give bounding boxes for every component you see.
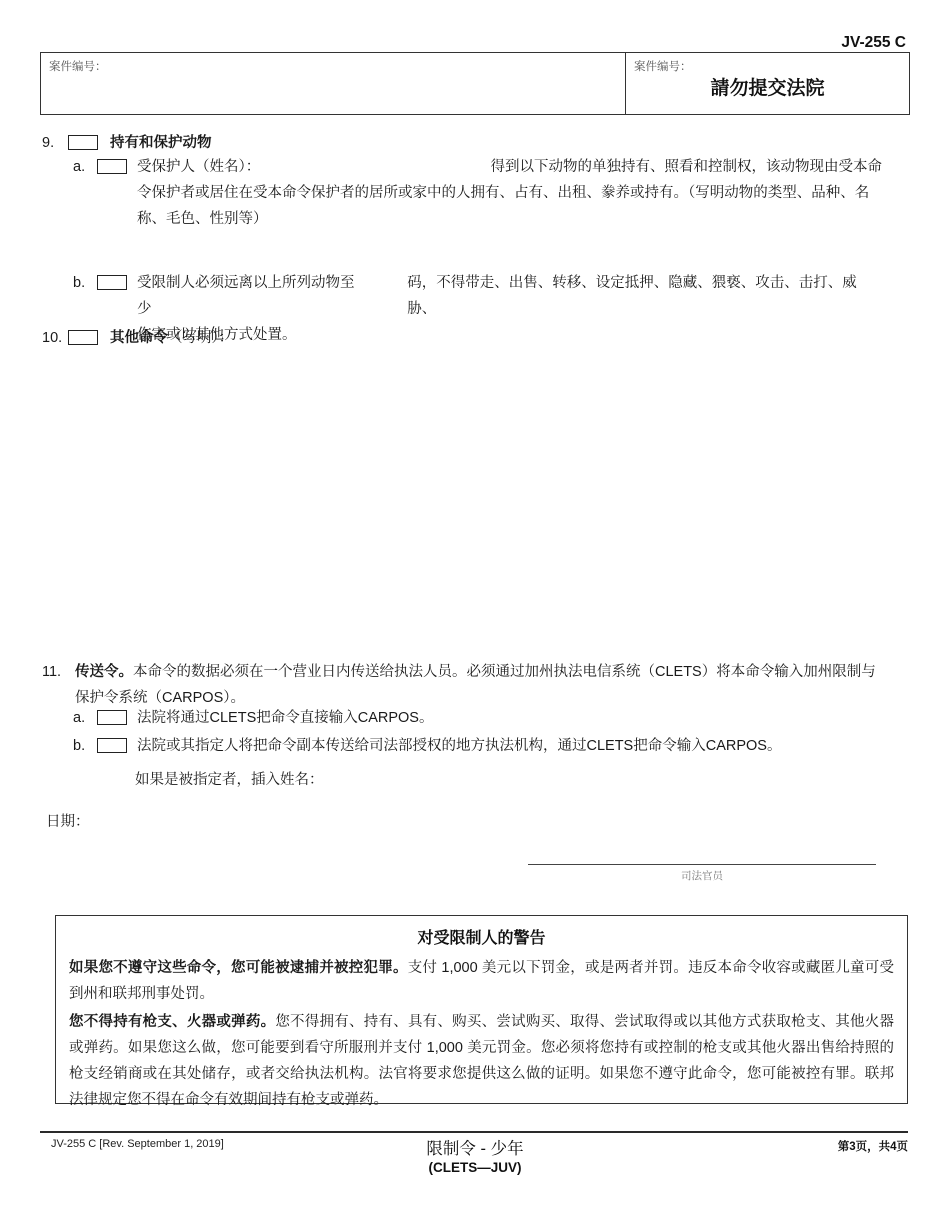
section-11-body: 传送令。本命令的数据必须在一个营业日内传送给执法人员。必须通过加州执法电信系统（… bbox=[75, 659, 882, 711]
footer-title: 限制令 - 少年 bbox=[0, 1135, 950, 1159]
footer-subtitle: (CLETS—JUV) bbox=[0, 1160, 950, 1175]
section9b-checkbox[interactable] bbox=[97, 275, 127, 290]
form-code: JV-255 C bbox=[841, 34, 906, 52]
section-9a: a. 受保护人（姓名）： 得到以下动物的单独持有、照看和控制权，该动物现由受本命… bbox=[73, 154, 882, 232]
footer-form-title: 限制令 - 少年 (CLETS—JUV) bbox=[0, 1135, 950, 1175]
section-11: 11. 传送令。本命令的数据必须在一个营业日内传送给执法人员。必须通过加州执法电… bbox=[42, 659, 882, 711]
section-9b-text-after: 码，不得带走、出售、转移、设定抵押、隐藏、猥亵、攻击、击打、威胁、 bbox=[407, 270, 882, 322]
section11a-checkbox[interactable] bbox=[97, 710, 127, 725]
signature-block: 司法官员 bbox=[528, 864, 876, 883]
warning-title: 对受限制人的警告 bbox=[69, 925, 894, 948]
section-11a: a. 法院将通过CLETS把命令直接输入CARPOS。 bbox=[73, 705, 882, 731]
other-orders-write-in-area[interactable] bbox=[60, 358, 908, 650]
date-label: 日期： bbox=[46, 809, 90, 835]
case-number-label: 案件编号： bbox=[49, 58, 107, 74]
section11b-checkbox[interactable] bbox=[97, 738, 127, 753]
date-row: 日期： bbox=[46, 809, 270, 835]
section-10-title: 其他命令 bbox=[110, 330, 168, 346]
section-9a-letter: a. bbox=[73, 154, 97, 232]
section9-checkbox[interactable] bbox=[68, 135, 98, 150]
form-page: JV-255 C 案件编号： 案件编号： 請勿提交法院 9. 持有和保护动物 a… bbox=[0, 0, 950, 1230]
section-11b-letter: b. bbox=[73, 733, 97, 759]
section-11-title: 传送令。 bbox=[75, 664, 133, 680]
section-9-title: 持有和保护动物 bbox=[110, 130, 212, 156]
section-9-heading: 9. 持有和保护动物 bbox=[42, 130, 910, 156]
section9a-checkbox[interactable] bbox=[97, 159, 127, 174]
judicial-officer-label: 司法官员 bbox=[528, 868, 876, 883]
case-number-label-right: 案件编号： bbox=[634, 58, 692, 74]
designee-note: 如果是被指定者，插入姓名： bbox=[135, 767, 324, 793]
warning-box: 对受限制人的警告 如果您不遵守这些命令，您可能被逮捕并被控犯罪。支付 1,000… bbox=[55, 915, 908, 1104]
section-10-heading: 10. 其他命令（写明）： bbox=[42, 325, 910, 351]
section-11a-text: 法院将通过CLETS把命令直接输入CARPOS。 bbox=[137, 705, 882, 731]
warning-p1-bold: 如果您不遵守这些命令，您可能被逮捕并被控犯罪。 bbox=[69, 960, 408, 976]
warning-paragraph-2: 您不得持有枪支、火器或弹药。您不得拥有、持有、具有、购买、尝试购买、取得、尝试取… bbox=[69, 1009, 894, 1113]
designee-name-field[interactable] bbox=[324, 767, 584, 793]
protected-person-name-field[interactable] bbox=[260, 154, 490, 180]
section-11a-letter: a. bbox=[73, 705, 97, 731]
section-9a-content: 受保护人（姓名）： 得到以下动物的单独持有、照看和控制权，该动物现由受本命 令保… bbox=[137, 154, 882, 232]
case-header-box: 案件编号： 案件编号： 請勿提交法院 bbox=[40, 52, 910, 115]
section-9b-text-before: 受限制人必须远离以上所列动物至少 bbox=[137, 270, 367, 322]
section-11-text: 本命令的数据必须在一个营业日内传送给执法人员。必须通过加州执法电信系统（CLET… bbox=[75, 664, 876, 706]
section10-checkbox[interactable] bbox=[68, 330, 98, 345]
section-10-number: 10. bbox=[42, 325, 68, 351]
case-number-field[interactable]: 案件编号： bbox=[41, 53, 626, 114]
do-not-file-cell: 案件编号： 請勿提交法院 bbox=[626, 53, 909, 114]
section-11b-text: 法院或其指定人将把命令副本传送给司法部授权的地方执法机构，通过CLETS把命令输… bbox=[137, 733, 882, 759]
section-10-title-line: 其他命令（写明）： bbox=[110, 325, 233, 351]
footer-page-number: 第3页，共4页 bbox=[838, 1138, 908, 1154]
section-11b: b. 法院或其指定人将把命令副本传送给司法部授权的地方执法机构，通过CLETS把… bbox=[73, 733, 882, 759]
section-9a-text: 得到以下动物的单独持有、照看和控制权，该动物现由受本命 bbox=[491, 154, 883, 180]
judicial-officer-signature-line[interactable] bbox=[528, 864, 876, 865]
warning-p2-bold: 您不得持有枪支、火器或弹药。 bbox=[69, 1014, 275, 1030]
footer-rule bbox=[40, 1131, 908, 1133]
section-9a-continuation: 令保护者或居住在受本命令保护者的居所或家中的人拥有、占有、出租、豢养或持有。（写… bbox=[137, 180, 882, 232]
section-10-suffix: （写明）： bbox=[168, 330, 233, 346]
date-field[interactable] bbox=[90, 809, 270, 835]
designee-row: 如果是被指定者，插入姓名： bbox=[135, 767, 584, 793]
protected-person-label: 受保护人（姓名）： bbox=[137, 154, 260, 180]
section-11-number: 11. bbox=[42, 659, 75, 711]
do-not-file-text: 請勿提交法院 bbox=[626, 73, 909, 100]
warning-paragraph-1: 如果您不遵守这些命令，您可能被逮捕并被控犯罪。支付 1,000 美元以下罚金，或… bbox=[69, 955, 894, 1007]
section-9-number: 9. bbox=[42, 130, 68, 156]
stay-away-distance-field[interactable] bbox=[367, 270, 407, 322]
